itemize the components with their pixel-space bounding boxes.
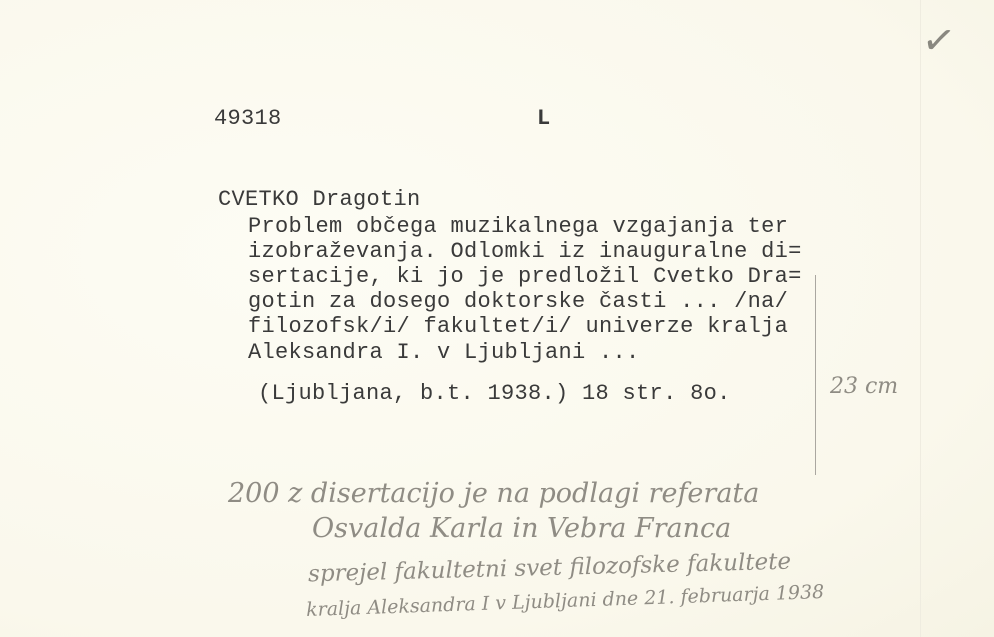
title-line: izobraževanja. Odlomki iz inauguralne di… (248, 239, 802, 265)
author-heading: CVETKO Dragotin (218, 187, 421, 213)
pencil-line (815, 275, 816, 475)
note-line: 200 z disertacijo je na podlagi referata (228, 478, 759, 509)
card-fold-line (920, 0, 921, 637)
title-line: Aleksandra I. v Ljubljani ... (248, 340, 640, 366)
note-line: kralja Aleksandra I v Ljubljani dne 21. … (306, 581, 825, 621)
call-number: 49318 (214, 106, 282, 132)
title-line: filozofsk/i/ fakultet/i/ univerze kralja (248, 314, 788, 340)
imprint: (Ljubljana, b.t. 1938.) 18 str. 8o. (258, 381, 731, 407)
note-line: Osvalda Karla in Vebra Franca (312, 513, 731, 544)
note-line: sprejel fakultetni svet filozofske fakul… (308, 549, 792, 588)
title-line: Problem občega muzikalnega vzgajanja ter (248, 214, 788, 240)
title-line: gotin za dosego doktorske časti ... /na/ (248, 289, 788, 315)
title-line: sertacije, ki jo je predložil Cvetko Dra… (248, 264, 802, 290)
location-code: L (537, 106, 551, 132)
catalog-card: ✓ 49318 L CVETKO Dragotin Problem občega… (0, 0, 994, 637)
handwritten-size: 23 cm (830, 374, 898, 399)
check-mark-icon: ✓ (919, 16, 959, 66)
